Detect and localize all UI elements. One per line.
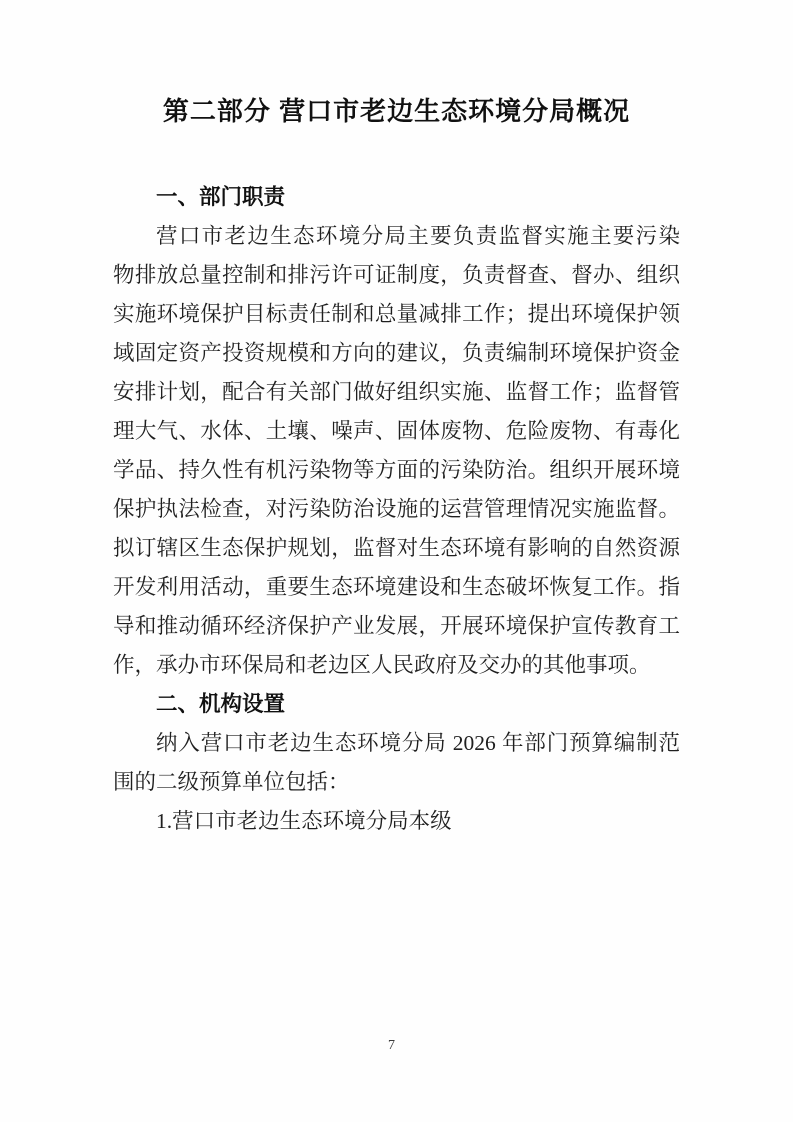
section1-paragraph-line: 营口市老边生态环境分局主要负责监督实施主要污染 [113,217,680,256]
section1-paragraph-line: 开发利用活动，重要生态环境建设和生态破坏恢复工作。指 [113,568,680,607]
section1-paragraph-line: 保护执法检查，对污染防治设施的运营管理情况实施监督。 [113,490,680,529]
section1-paragraph-line: 拟订辖区生态保护规划，监督对生态环境有影响的自然资源 [113,529,680,568]
section1-paragraph-line: 导和推动循环经济保护产业发展，开展环境保护宣传教育工 [113,607,680,646]
section1-paragraph-line: 学品、持久性有机污染物等方面的污染防治。组织开展环境 [113,451,680,490]
section1-paragraph-line: 域固定资产投资规模和方向的建议，负责编制环境保护资金 [113,334,680,373]
section1-paragraph-line: 安排计划，配合有关部门做好组织实施、监督工作；监督管 [113,373,680,412]
page-title: 第二部分 营口市老边生态环境分局概况 [0,0,793,126]
section2-paragraph-line: 纳入营口市老边生态环境分局 2026 年部门预算编制范 [113,724,680,763]
page-number: 7 [0,1038,783,1054]
section1-paragraph-line: 作，承办市环保局和老边区人民政府及交办的其他事项。 [113,646,680,685]
section1-paragraph-line: 物排放总量控制和排污许可证制度，负责督查、督办、组织 [113,256,680,295]
document-page: 第二部分 营口市老边生态环境分局概况 一、部门职责 营口市老边生态环境分局主要负… [0,0,793,1122]
section2-list-item: 1.营口市老边生态环境分局本级 [113,802,680,841]
section1-paragraph-line: 理大气、水体、土壤、噪声、固体废物、危险废物、有毒化 [113,412,680,451]
section2-paragraph-line: 围的二级预算单位包括： [113,763,680,802]
document-body: 一、部门职责 营口市老边生态环境分局主要负责监督实施主要污染 物排放总量控制和排… [113,178,680,841]
section2-heading: 二、机构设置 [113,685,680,724]
section1-heading: 一、部门职责 [113,178,680,217]
section1-paragraph-line: 实施环境保护目标责任制和总量减排工作；提出环境保护领 [113,295,680,334]
